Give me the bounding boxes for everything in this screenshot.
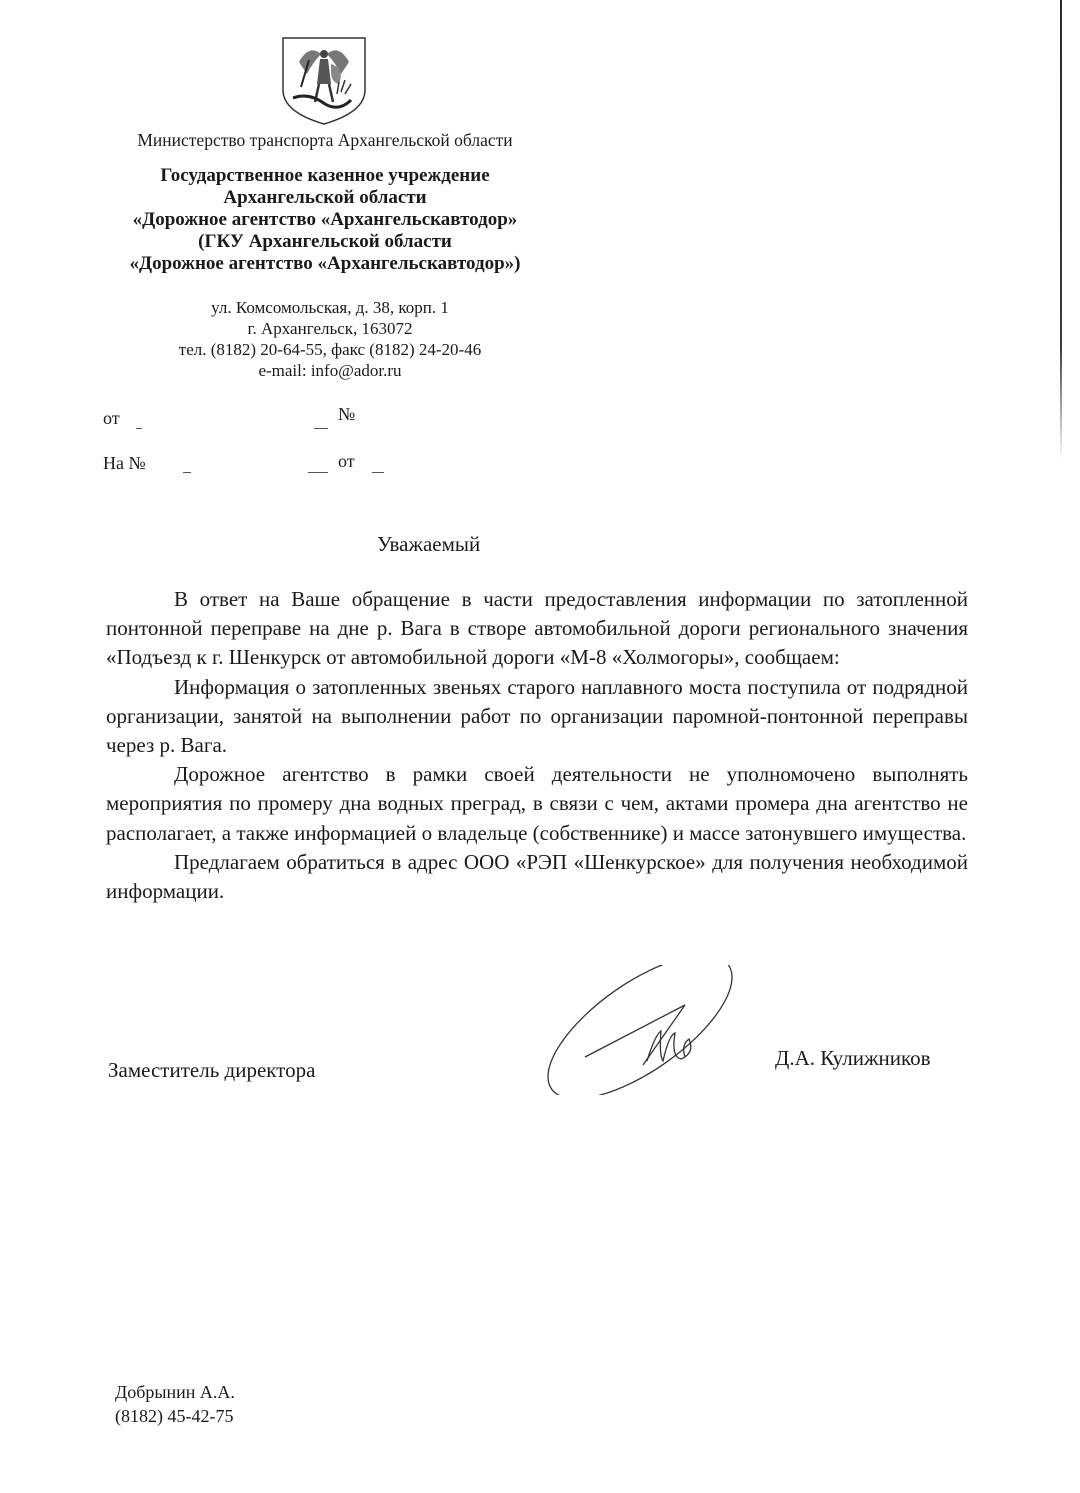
org-line: (ГКУ Архангельской области (100, 231, 550, 253)
address-city: г. Архангельск, 163072 (130, 318, 530, 339)
address-street: ул. Комсомольская, д. 38, корп. 1 (130, 297, 530, 318)
signer-name: Д.А. Кулижников (775, 1046, 931, 1071)
coat-of-arms-icon (279, 32, 369, 128)
letter-body: В ответ на Ваше обращение в части предос… (106, 585, 968, 906)
ministry-name: Министерство транспорта Архангельской об… (100, 130, 550, 151)
paragraph: Дорожное агентство в рамки своей деятель… (106, 760, 968, 848)
paragraph: В ответ на Ваше обращение в части предос… (106, 585, 968, 673)
reply-date-label: от (338, 451, 355, 472)
doc-number-label: № (338, 404, 355, 425)
reply-number-blank (183, 472, 191, 473)
salutation: Уважаемый (377, 532, 480, 557)
org-line: «Дорожное агентство «Архангельскавтодор»… (100, 253, 550, 275)
reply-number-blank-end (308, 472, 328, 473)
paragraph: Информация о затопленных звеньях старого… (106, 673, 968, 761)
organization-address: ул. Комсомольская, д. 38, корп. 1 г. Арх… (130, 297, 530, 381)
reply-date-blank (372, 472, 384, 473)
from-date-label: от (103, 408, 120, 429)
handwritten-signature-icon (535, 965, 745, 1095)
executor-name: Добрынин А.А. (115, 1380, 235, 1404)
org-line: Архангельской области (100, 187, 550, 209)
executor-phone: (8182) 45-42-75 (115, 1404, 235, 1428)
reply-number-label: На № (103, 453, 146, 474)
signer-title: Заместитель директора (108, 1058, 315, 1083)
org-line: Государственное казенное учреждение (100, 165, 550, 187)
org-line: «Дорожное агентство «Архангельскавтодор» (100, 209, 550, 231)
address-phone-fax: тел. (8182) 20-64-55, факс (8182) 24-20-… (130, 339, 530, 360)
executor-info: Добрынин А.А. (8182) 45-42-75 (115, 1380, 235, 1428)
from-date-blank (136, 428, 142, 429)
paragraph: Предлагаем обратиться в адрес ООО «РЭП «… (106, 848, 968, 906)
from-date-blank-end (314, 428, 328, 429)
scan-edge-line (1060, 0, 1062, 460)
organization-name: Государственное казенное учреждение Арха… (100, 165, 550, 275)
address-email: e-mail: info@ador.ru (130, 360, 530, 381)
